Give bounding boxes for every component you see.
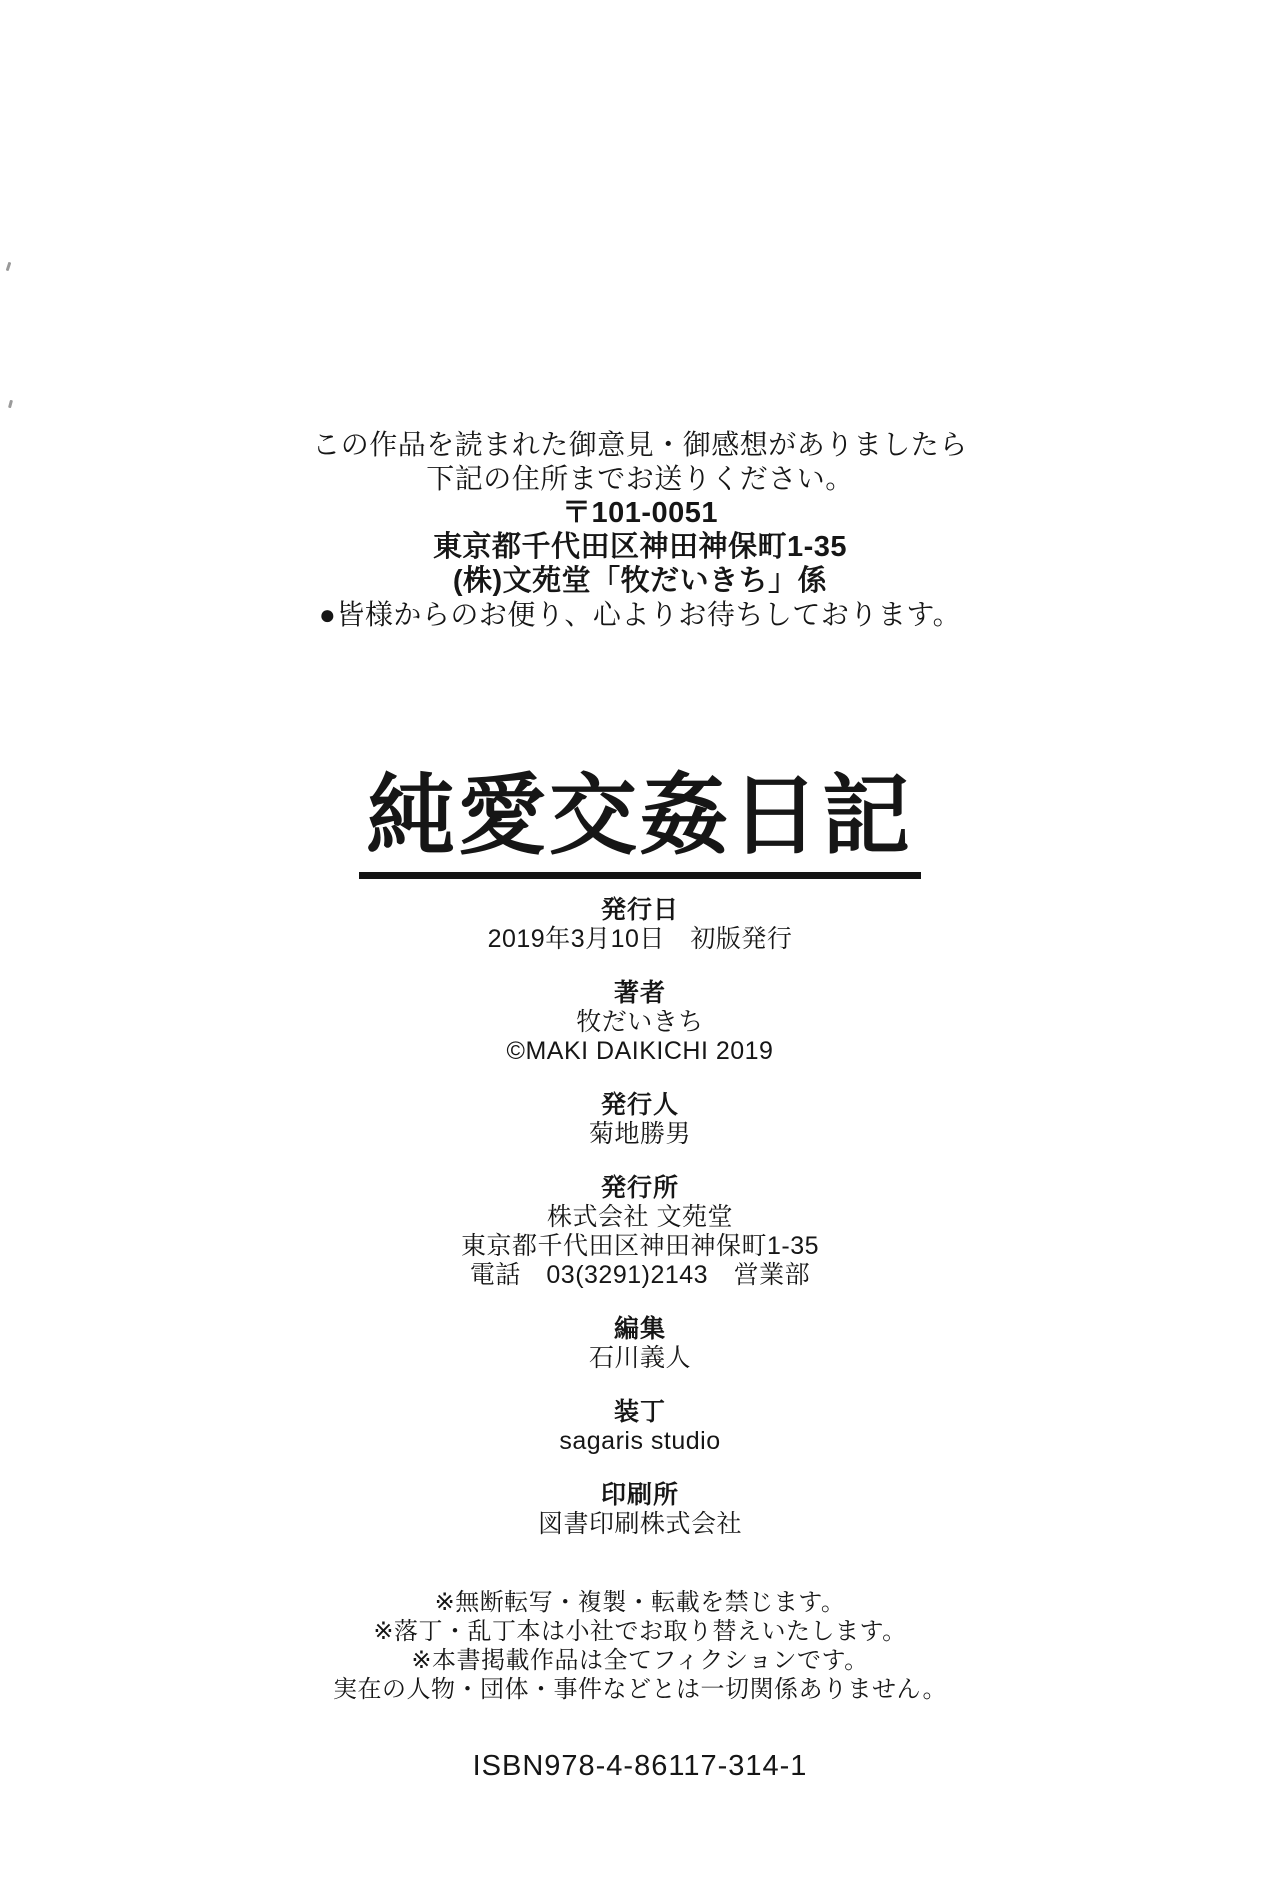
- entry-label: 印刷所: [0, 1481, 1280, 1510]
- feedback-note: ●皆様からのお便り、心よりお待ちしております。: [0, 598, 1280, 632]
- entry-label: 発行日: [0, 896, 1280, 925]
- colophon-entry-printer: 印刷所 図書印刷株式会社: [0, 1481, 1280, 1539]
- entry-value: 図書印刷株式会社: [0, 1510, 1280, 1539]
- colophon-entry-design: 装丁 sagaris studio: [0, 1398, 1280, 1456]
- entry-label: 発行人: [0, 1091, 1280, 1120]
- entry-value: 牧だいきち: [0, 1008, 1280, 1037]
- colophon-entry-publishing-house: 発行所 株式会社 文苑堂 東京都千代田区神田神保町1-35 電話 03(3291…: [0, 1174, 1280, 1290]
- entry-label: 編集: [0, 1315, 1280, 1344]
- scan-artifact: [8, 400, 13, 409]
- disclaimer-line-4: 実在の人物・団体・事件などとは一切関係ありません。: [0, 1675, 1280, 1704]
- entry-value: 株式会社 文苑堂: [0, 1203, 1280, 1232]
- publisher-street-address: 東京都千代田区神田神保町1-35: [0, 1232, 1280, 1261]
- feedback-line-1: この作品を読まれた御意見・御感想がありましたら: [0, 428, 1280, 462]
- disclaimer-line-1: ※無断転写・複製・転載を禁じます。: [0, 1588, 1280, 1617]
- colophon-block: 発行日 2019年3月10日 初版発行 著者 牧だいきち ©MAKI DAIKI…: [0, 896, 1280, 1564]
- publisher-phone: 電話 03(3291)2143 営業部: [0, 1261, 1280, 1290]
- feedback-block: この作品を読まれた御意見・御感想がありましたら 下記の住所までお送りください。 …: [0, 428, 1280, 632]
- colophon-entry-author: 著者 牧だいきち ©MAKI DAIKICHI 2019: [0, 979, 1280, 1066]
- entry-value: 菊地勝男: [0, 1120, 1280, 1149]
- colophon-entry-publication-date: 発行日 2019年3月10日 初版発行: [0, 896, 1280, 954]
- mail-recipient: (株)文苑堂「牧だいきち」係: [0, 564, 1280, 598]
- scan-artifact: [6, 262, 12, 271]
- disclaimer-line-3: ※本書掲載作品は全てフィクションです。: [0, 1646, 1280, 1675]
- isbn-block: ISBN978-4-86117-314-1: [0, 1750, 1280, 1783]
- book-title: 純愛交姦日記: [359, 766, 921, 879]
- entry-label: 装丁: [0, 1398, 1280, 1427]
- entry-label: 著者: [0, 979, 1280, 1008]
- publisher-address: 東京都千代田区神田神保町1-35: [0, 530, 1280, 564]
- entry-value: 2019年3月10日 初版発行: [0, 925, 1280, 954]
- isbn-number: ISBN978-4-86117-314-1: [473, 1750, 808, 1782]
- colophon-entry-publisher-person: 発行人 菊地勝男: [0, 1091, 1280, 1149]
- entry-value: sagaris studio: [0, 1427, 1280, 1456]
- copyright-line: ©MAKI DAIKICHI 2019: [0, 1037, 1280, 1066]
- postal-code: 〒101-0051: [0, 496, 1280, 530]
- disclaimer-line-2: ※落丁・乱丁本は小社でお取り替えいたします。: [0, 1617, 1280, 1646]
- entry-value: 石川義人: [0, 1344, 1280, 1373]
- disclaimer-block: ※無断転写・複製・転載を禁じます。 ※落丁・乱丁本は小社でお取り替えいたします。…: [0, 1588, 1280, 1704]
- colophon-entry-editor: 編集 石川義人: [0, 1315, 1280, 1373]
- title-block: 純愛交姦日記: [0, 766, 1280, 879]
- entry-label: 発行所: [0, 1174, 1280, 1203]
- colophon-page: この作品を読まれた御意見・御感想がありましたら 下記の住所までお送りください。 …: [0, 0, 1280, 1881]
- feedback-line-2: 下記の住所までお送りください。: [0, 462, 1280, 496]
